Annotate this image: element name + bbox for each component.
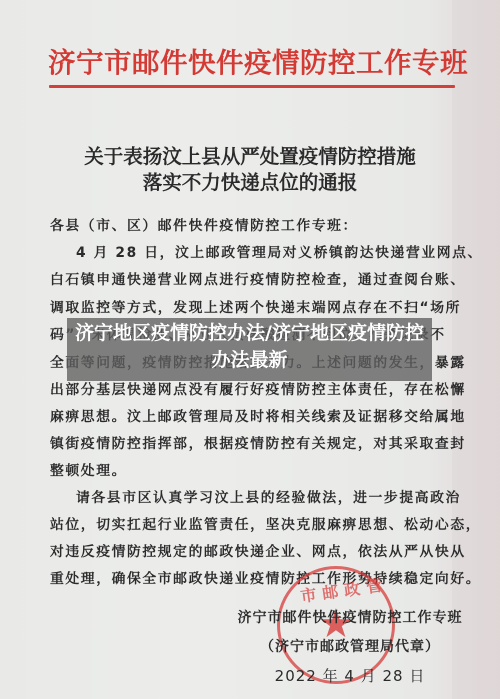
body-line: 白石镇申通快递营业网点进行疫情防控检查，通过查阅台账、 bbox=[50, 268, 430, 288]
body-line: 站位，切实扛起行业监管责任，坚决克服麻痹思想、松动心态， bbox=[50, 513, 430, 533]
issuer-header: 济宁市邮件快件疫情防控工作专班 bbox=[48, 40, 458, 80]
body-line: 请各县市区认真学习汶上县的经验做法，进一步提高政治 bbox=[76, 486, 456, 506]
body-line: 出部分基层快递网点没有履行好疫情防控主体责任，存在松懈 bbox=[50, 378, 430, 398]
caption-text: 济宁地区疫情防控办法/济宁地区疫情防控办法最新 bbox=[67, 320, 432, 374]
document-title-line-1: 关于表扬汶上县从严处置疫情防控措施 bbox=[0, 141, 500, 169]
red-header-rule bbox=[49, 85, 455, 88]
document-title-line-2: 落实不力快递点位的通报 bbox=[0, 167, 500, 195]
body-line: 麻痹思想。汶上邮政管理局及时将相关线索及证据移交给属地 bbox=[50, 405, 430, 425]
signature-seal-note: （济宁市邮政管理局代章） bbox=[220, 636, 480, 656]
signature-date: 2022 年 4 月 28 日 bbox=[220, 665, 480, 686]
body-line: 对违反疫情防控规定的邮政快递企业、网点，依法从严从快从 bbox=[50, 540, 430, 560]
body-line: 整顿处理。 bbox=[50, 459, 430, 479]
body-line: 4 月 28 日，汶上邮政管理局对义桥镇韵达快递营业网点、 bbox=[76, 241, 456, 261]
salutation: 各县（市、区）邮件快件疫情防控工作专班： bbox=[50, 214, 430, 234]
paper-shadow bbox=[452, 0, 500, 699]
signature-issuer: 济宁市邮件快件疫情防控工作专班 bbox=[220, 607, 480, 627]
body-line: 镇街疫情防控指挥部，根据疫情防控有关规定，对其采取查封 bbox=[50, 432, 430, 452]
body-line: 调取监控等方式，发现上述两个快递末端网点存在不扫“场所 bbox=[50, 296, 430, 316]
